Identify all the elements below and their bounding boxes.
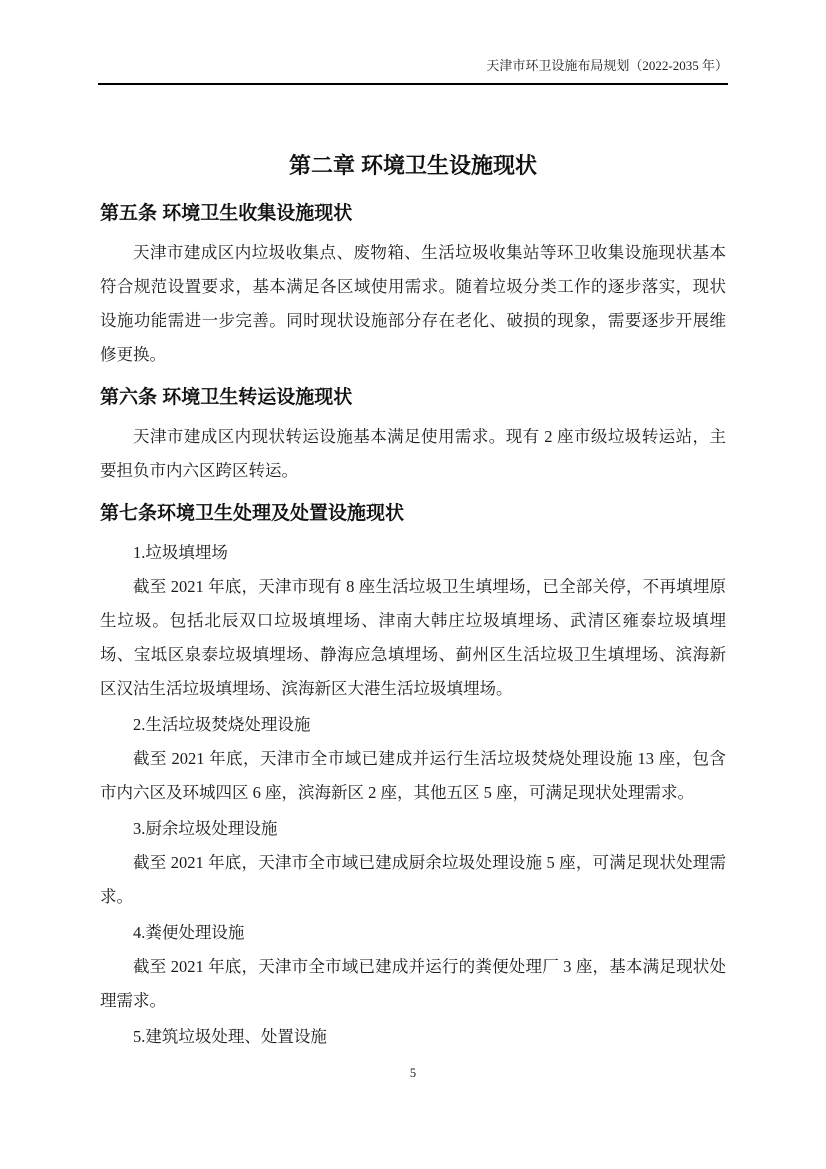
article-7-item-5-subtitle: 5.建筑垃圾处理、处置设施 [100,1020,726,1054]
article-7-item-1-paragraph: 截至 2021 年底，天津市现有 8 座生活垃圾卫生填埋场，已全部关停，不再填埋… [100,570,726,706]
article-7-item-4-paragraph: 截至 2021 年底，天津市全市域已建成并运行的粪便处理厂 3 座，基本满足现状… [100,950,726,1018]
article-7-item-2-subtitle: 2.生活垃圾焚烧处理设施 [100,708,726,742]
article-7-item-3-subtitle: 3.厨余垃圾处理设施 [100,812,726,846]
document-content: 第二章 环境卫生设施现状 第五条 环境卫生收集设施现状 天津市建成区内垃圾收集点… [100,140,726,1054]
page-footer: 5 [0,1066,826,1081]
article-7-item-4-subtitle: 4.粪便处理设施 [100,916,726,950]
chapter-title: 第二章 环境卫生设施现状 [100,150,726,182]
article-5-paragraph: 天津市建成区内垃圾收集点、废物箱、生活垃圾收集站等环卫收集设施现状基本符合规范设… [100,236,726,372]
article-6-paragraph: 天津市建成区内现状转运设施基本满足使用需求。现有 2 座市级垃圾转运站，主要担负… [100,420,726,488]
article-7-item-3-paragraph: 截至 2021 年底，天津市全市域已建成厨余垃圾处理设施 5 座，可满足现状处理… [100,846,726,914]
page-number: 5 [410,1066,416,1080]
page-header: 天津市环卫设施布局规划（2022-2035 年） [98,56,728,85]
document-page: 天津市环卫设施布局规划（2022-2035 年） 第二章 环境卫生设施现状 第五… [0,0,826,1169]
article-7-item-2-paragraph: 截至 2021 年底，天津市全市域已建成并运行生活垃圾焚烧处理设施 13 座，包… [100,742,726,810]
section-heading-article-7: 第七条环境卫生处理及处置设施现状 [100,500,726,528]
section-heading-article-6: 第六条 环境卫生转运设施现状 [100,384,726,412]
article-7-item-1-subtitle: 1.垃圾填埋场 [100,536,726,570]
section-heading-article-5: 第五条 环境卫生收集设施现状 [100,200,726,228]
header-title: 天津市环卫设施布局规划（2022-2035 年） [486,58,728,73]
